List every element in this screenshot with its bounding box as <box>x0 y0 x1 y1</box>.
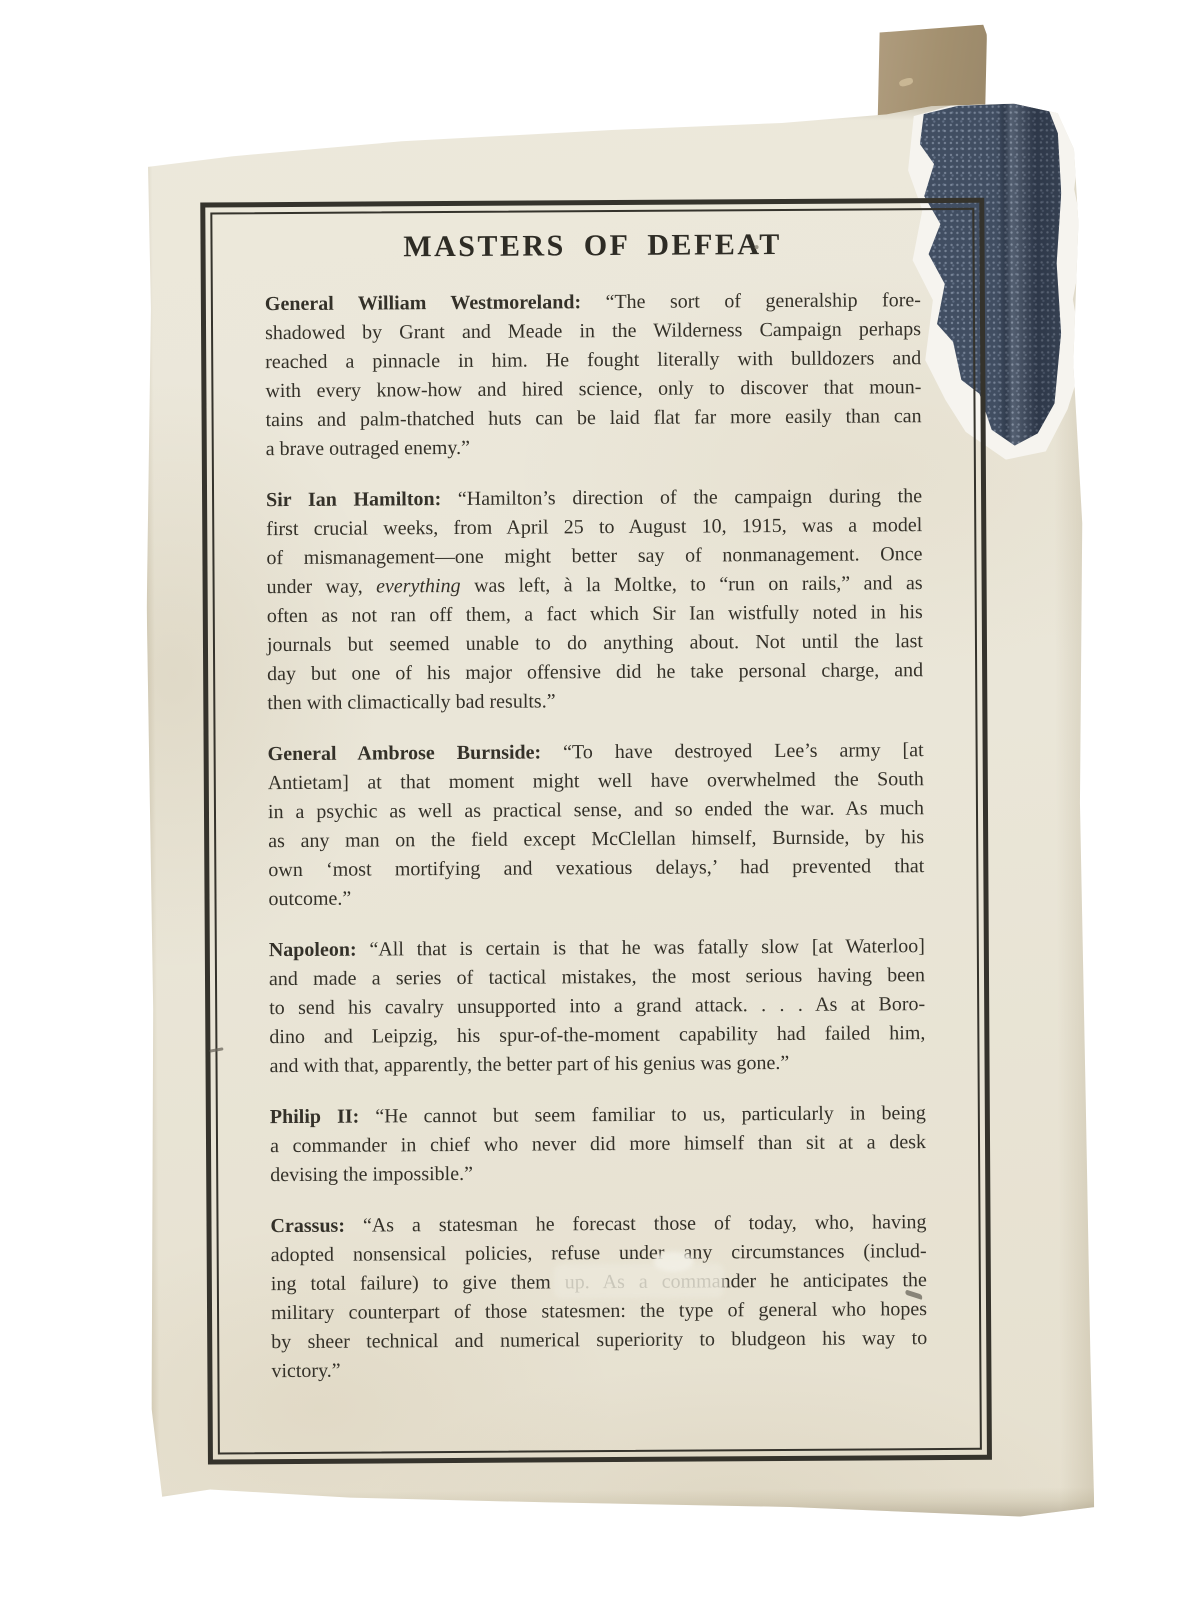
quote-text: then with climactically bad results.” <box>267 690 555 714</box>
paper-speck <box>755 245 759 249</box>
speaker-name: Crassus: <box>270 1215 345 1237</box>
text-line: journals but seemed unable to do anythin… <box>267 627 923 660</box>
text-line: to send his cavalry unsupported into a g… <box>269 990 925 1023</box>
book-bottom-edge <box>150 1487 1094 1523</box>
text-line: of mismanagement—one might better say of… <box>266 540 922 573</box>
text-line: under way, everything was left, à la Mol… <box>267 569 923 602</box>
quote-text: was left, à la Moltke, to “run on rails,… <box>460 572 922 597</box>
quote-text: with every know-how and hired science, o… <box>265 376 921 402</box>
speaker-name: General Ambrose Burnside: <box>268 741 542 765</box>
quote-text: Antietam] at that moment might well have… <box>268 768 924 794</box>
text-line: a brave outraged enemy.” <box>266 431 922 464</box>
text-line: and with that, apparently, the better pa… <box>269 1048 925 1081</box>
photo-background: MASTERS OF DEFEAT General William Westmo… <box>0 0 1200 1600</box>
smudge-damage <box>554 1263 724 1298</box>
text-line: Antietam] at that moment might well have… <box>268 765 924 798</box>
quote-text: military counterpart of those statesmen:… <box>271 1298 927 1324</box>
quote-text: first crucial weeks, from April 25 to Au… <box>266 514 922 540</box>
quote-block: Philip II: “He cannot but seem familiar … <box>270 1099 927 1190</box>
quote-text: outcome.” <box>268 888 351 911</box>
quote-text: reached a pinnacle in him. He fought lit… <box>265 347 921 373</box>
quote-text: adopted nonsensical policies, refuse und… <box>271 1240 927 1266</box>
quote-text: in a psychic as well as practical sense,… <box>268 797 924 823</box>
text-line: Sir Ian Hamilton: “Hamilton’s direction … <box>266 482 922 515</box>
book-back-cover: MASTERS OF DEFEAT General William Westmo… <box>142 103 1095 1523</box>
text-line: Philip II: “He cannot but seem familiar … <box>270 1099 926 1132</box>
quotes: General William Westmoreland: “The sort … <box>265 286 928 1386</box>
text-line: in a psychic as well as practical sense,… <box>268 794 924 827</box>
text-line: day but one of his major offensive did h… <box>267 656 923 689</box>
quote-text: dino and Leipzig, his spur-of-the-moment… <box>269 1022 925 1048</box>
quote-text: under way, <box>267 575 377 598</box>
quote-text: and made a series of tactical mistakes, … <box>269 964 925 990</box>
text-line: dino and Leipzig, his spur-of-the-moment… <box>269 1019 925 1052</box>
quote-text: to send his cavalry unsupported into a g… <box>269 993 925 1019</box>
quote-text: “As a statesman he forecast those of tod… <box>345 1211 927 1237</box>
quote-text: a commander in chief who never did more … <box>270 1131 926 1157</box>
text-line: own ‘most mortifying and vexatious delay… <box>268 852 924 885</box>
quote-text: “All that is certain is that he was fata… <box>357 935 925 960</box>
quote-block: Napoleon: “All that is certain is that h… <box>269 932 926 1081</box>
text-line: tains and palm-thatched huts can be laid… <box>266 402 922 435</box>
speaker-name: Napoleon: <box>269 939 357 962</box>
text-line: a commander in chief who never did more … <box>270 1128 926 1161</box>
text-line: victory.” <box>271 1353 927 1386</box>
text-line: reached a pinnacle in him. He fought lit… <box>265 344 921 377</box>
speaker-name: Sir Ian Hamilton: <box>266 488 441 511</box>
text-line: General William Westmoreland: “The sort … <box>265 286 921 319</box>
quote-text: often as not ran off them, a fact which … <box>267 601 923 627</box>
quote-block: General Ambrose Burnside: “To have destr… <box>268 736 925 914</box>
speaker-name: Philip II: <box>270 1106 360 1129</box>
quote-text: “The sort of generalship fore- <box>581 289 921 313</box>
text-line: often as not ran off them, a fact which … <box>267 598 923 631</box>
quote-text: everything <box>376 575 461 598</box>
text-line: by sheer technical and numerical superio… <box>271 1324 927 1357</box>
quote-text: “To have destroyed Lee’s army [at <box>541 739 924 763</box>
quote-text: of mismanagement—one might better say of… <box>266 543 922 569</box>
text-line: Crassus: “As a statesman he forecast tho… <box>270 1208 926 1241</box>
quote-block: General William Westmoreland: “The sort … <box>265 286 922 464</box>
text-line: devising the impossible.” <box>270 1157 926 1190</box>
text-line: General Ambrose Burnside: “To have destr… <box>268 736 924 769</box>
quote-text: devising the impossible.” <box>270 1163 473 1186</box>
text-line: and made a series of tactical mistakes, … <box>269 961 925 994</box>
text-line: as any man on the field except McClellan… <box>268 823 924 856</box>
text-line: first crucial weeks, from April 25 to Au… <box>266 511 922 544</box>
quote-text: tains and palm-thatched huts can be laid… <box>266 405 922 431</box>
quote-text: as any man on the field except McClellan… <box>268 826 924 852</box>
quote-text: victory.” <box>271 1360 340 1382</box>
text-line: Napoleon: “All that is certain is that h… <box>269 932 925 965</box>
speaker-name: General William Westmoreland: <box>265 291 581 315</box>
quote-text: “He cannot but seem familiar to us, part… <box>359 1102 926 1127</box>
quote-text: day but one of his major offensive did h… <box>267 659 923 685</box>
text-line: then with climactically bad results.” <box>267 685 923 718</box>
text-line: with every know-how and hired science, o… <box>265 373 921 406</box>
quote-text: and with that, apparently, the better pa… <box>269 1052 789 1077</box>
quote-text: a brave outraged enemy.” <box>266 437 470 460</box>
page-title: MASTERS OF DEFEAT <box>264 226 920 266</box>
quote-text: by sheer technical and numerical superio… <box>271 1327 927 1353</box>
quote-text: own ‘most mortifying and vexatious delay… <box>268 855 924 881</box>
text-line: outcome.” <box>268 881 924 914</box>
quote-text: shadowed by Grant and Meade in the Wilde… <box>265 318 921 344</box>
text-line: shadowed by Grant and Meade in the Wilde… <box>265 315 921 348</box>
quote-text: “Hamilton’s direction of the campaign du… <box>441 485 922 510</box>
text-line: military counterpart of those statesmen:… <box>271 1295 927 1328</box>
quote-block: Sir Ian Hamilton: “Hamilton’s direction … <box>266 482 923 718</box>
quote-text: journals but seemed unable to do anythin… <box>267 630 923 656</box>
